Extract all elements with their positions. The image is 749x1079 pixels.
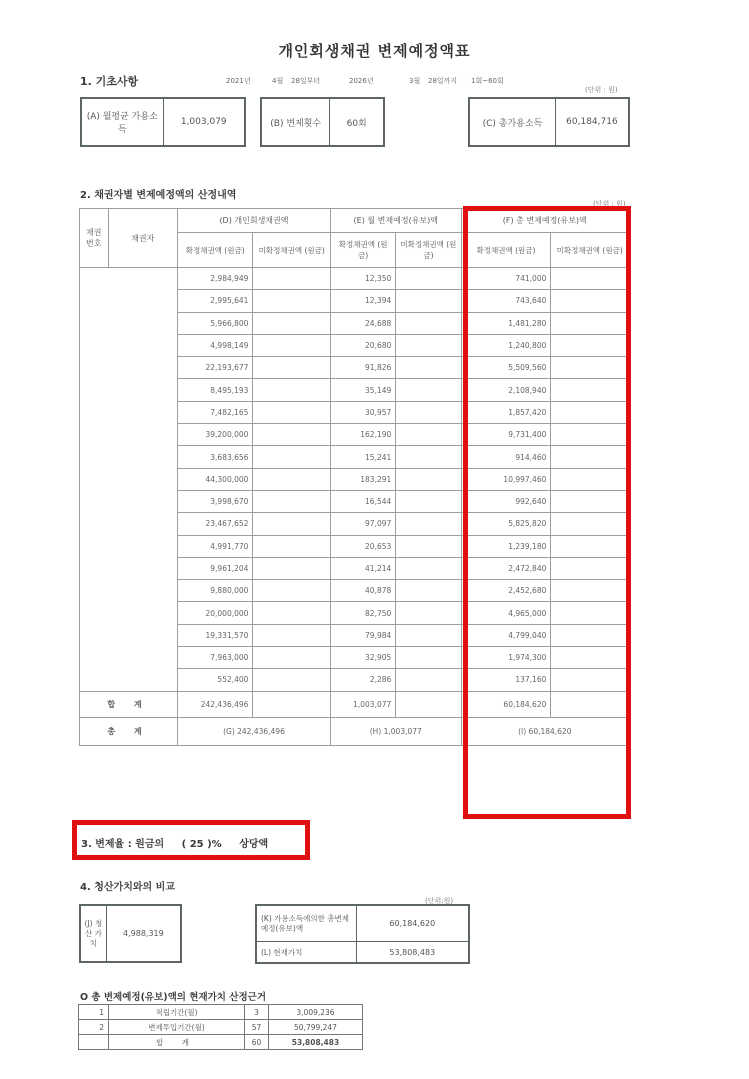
d-confirmed-cell: 39,200,000	[177, 424, 253, 446]
e-confirmed-cell: 91,826	[330, 357, 395, 379]
d-unconfirmed-cell	[253, 446, 331, 468]
d-unconfirmed-cell	[253, 557, 331, 579]
subtotal-d: 242,436,496	[177, 691, 253, 717]
pv-months: 3	[245, 1005, 269, 1020]
e-confirmed-cell: 20,680	[330, 334, 395, 356]
e-unconfirmed-cell	[396, 624, 461, 646]
highlight-column-f	[463, 206, 631, 819]
d-unconfirmed-cell	[253, 268, 331, 290]
d-unconfirmed-cell	[253, 334, 331, 356]
d-confirmed-cell: 4,991,770	[177, 535, 253, 557]
header-e-unconfirmed: 미확정채권액 (원금)	[396, 233, 461, 268]
period-end-year: 2026년	[349, 76, 374, 86]
k-label: (K) 가용소득에의한 총변제예정(유보)액	[256, 905, 356, 942]
subtotal-label: 합 계	[80, 691, 178, 717]
e-confirmed-cell: 162,190	[330, 424, 395, 446]
e-confirmed-cell: 20,653	[330, 535, 395, 557]
e-confirmed-cell: 30,957	[330, 401, 395, 423]
d-confirmed-cell: 23,467,652	[177, 513, 253, 535]
pv-row: 1적립기간(월)33,009,236	[79, 1005, 363, 1020]
d-unconfirmed-cell	[253, 401, 331, 423]
d-unconfirmed-cell	[253, 424, 331, 446]
d-unconfirmed-cell	[253, 513, 331, 535]
d-confirmed-cell: 552,400	[177, 669, 253, 691]
e-confirmed-cell: 183,291	[330, 468, 395, 490]
e-unconfirmed-cell	[396, 268, 461, 290]
d-confirmed-cell: 3,683,656	[177, 446, 253, 468]
e-unconfirmed-cell	[396, 602, 461, 624]
section1-unit: (단위 : 원)	[585, 85, 618, 95]
grand-total-g: (G) 242,436,496	[177, 717, 330, 745]
pv-label: 합 계	[109, 1035, 245, 1050]
comparison-box: (K) 가용소득에의한 총변제예정(유보)액 60,184,620 (L) 현재…	[255, 904, 470, 964]
d-confirmed-cell: 9,961,204	[177, 557, 253, 579]
pv-no	[79, 1035, 109, 1050]
section4-heading: 4. 청산가치와의 비교	[80, 878, 175, 893]
e-unconfirmed-cell	[396, 669, 461, 691]
l-label: (L) 현재가치	[256, 942, 356, 963]
d-unconfirmed-cell	[253, 379, 331, 401]
e-confirmed-cell: 79,984	[330, 624, 395, 646]
d-unconfirmed-cell	[253, 647, 331, 669]
d-confirmed-cell: 9,880,000	[177, 580, 253, 602]
d-unconfirmed-cell	[253, 490, 331, 512]
e-unconfirmed-cell	[396, 490, 461, 512]
d-confirmed-cell: 22,193,677	[177, 357, 253, 379]
e-confirmed-cell: 12,350	[330, 268, 395, 290]
document-title: 개인회생채권 변제예정액표	[0, 40, 749, 61]
pv-no: 1	[79, 1005, 109, 1020]
period-start-month: 4월	[272, 76, 283, 86]
grand-total-h: (H) 1,003,077	[330, 717, 461, 745]
period-end-day: 28일까지	[428, 76, 457, 86]
d-confirmed-cell: 20,000,000	[177, 602, 253, 624]
e-unconfirmed-cell	[396, 357, 461, 379]
header-d-confirmed: 확정채권액 (원금)	[177, 233, 253, 268]
creditor-info-cell	[80, 268, 178, 692]
period-start-year: 2021년	[226, 76, 251, 86]
d-confirmed-cell: 7,482,165	[177, 401, 253, 423]
header-d-unconfirmed: 미확정채권액 (원금)	[253, 233, 331, 268]
total-income-box: (C) 총가용소득 60,184,716	[468, 97, 630, 147]
e-unconfirmed-cell	[396, 379, 461, 401]
e-confirmed-cell: 2,286	[330, 669, 395, 691]
d-unconfirmed-cell	[253, 290, 331, 312]
d-confirmed-cell: 4,998,149	[177, 334, 253, 356]
monthly-income-box: (A) 월평균 가용소득 1,003,079	[80, 97, 246, 147]
e-confirmed-cell: 82,750	[330, 602, 395, 624]
header-creditor-no: 채권 번호	[80, 209, 109, 268]
e-unconfirmed-cell	[396, 290, 461, 312]
pv-value: 3,009,236	[269, 1005, 363, 1020]
e-confirmed-cell: 41,214	[330, 557, 395, 579]
header-group-d: (D) 개인회생채권액	[177, 209, 330, 233]
period-start-day: 28일부터	[291, 76, 320, 86]
monthly-income-value: 1,003,079	[163, 98, 245, 146]
e-unconfirmed-cell	[396, 468, 461, 490]
monthly-income-label: (A) 월평균 가용소득	[81, 98, 163, 146]
d-confirmed-cell: 19,331,570	[177, 624, 253, 646]
e-confirmed-cell: 40,878	[330, 580, 395, 602]
present-value-table: 1적립기간(월)33,009,2362변제투입기간(월)5750,799,247…	[78, 1004, 363, 1050]
d-unconfirmed-cell	[253, 357, 331, 379]
e-confirmed-cell: 16,544	[330, 490, 395, 512]
total-income-value: 60,184,716	[555, 98, 629, 146]
header-group-e: (E) 월 변제예정(유보)액	[330, 209, 461, 233]
d-confirmed-cell: 2,995,641	[177, 290, 253, 312]
header-creditor: 채권자	[108, 209, 177, 268]
e-unconfirmed-cell	[396, 446, 461, 468]
d-confirmed-cell: 5,966,800	[177, 312, 253, 334]
liquidation-label: (J) 청산 가치	[80, 905, 106, 962]
e-confirmed-cell: 97,097	[330, 513, 395, 535]
d-unconfirmed-cell	[253, 624, 331, 646]
e-unconfirmed-cell	[396, 401, 461, 423]
payment-count-value: 60회	[330, 98, 384, 146]
section5-heading: O 총 변제예정(유보)액의 현재가치 산정근거	[80, 989, 266, 1003]
total-income-label: (C) 총가용소득	[469, 98, 555, 146]
d-unconfirmed-cell	[253, 602, 331, 624]
e-unconfirmed-cell	[396, 312, 461, 334]
pv-row: 2변제투입기간(월)5750,799,247	[79, 1020, 363, 1035]
d-unconfirmed-cell	[253, 580, 331, 602]
payment-count-box: (B) 변제횟수 60회	[260, 97, 385, 147]
liquidation-value: 4,988,319	[106, 905, 181, 962]
e-unconfirmed-cell	[396, 334, 461, 356]
d-confirmed-cell: 7,963,000	[177, 647, 253, 669]
highlight-repayment-rate	[72, 820, 310, 860]
e-confirmed-cell: 12,394	[330, 290, 395, 312]
k-value: 60,184,620	[356, 905, 469, 942]
pv-no: 2	[79, 1020, 109, 1035]
pv-label: 변제투입기간(월)	[109, 1020, 245, 1035]
grand-total-label: 총 계	[80, 717, 178, 745]
payment-count-label: (B) 변제횟수	[261, 98, 330, 146]
e-confirmed-cell: 32,905	[330, 647, 395, 669]
e-unconfirmed-cell	[396, 513, 461, 535]
liquidation-value-box: (J) 청산 가치 4,988,319	[79, 904, 182, 963]
period-end-month: 3월	[409, 76, 420, 86]
l-value: 53,808,483	[356, 942, 469, 963]
d-confirmed-cell: 8,495,193	[177, 379, 253, 401]
pv-label: 적립기간(월)	[109, 1005, 245, 1020]
pv-value: 53,808,483	[269, 1035, 363, 1050]
pv-months: 60	[245, 1035, 269, 1050]
d-unconfirmed-cell	[253, 535, 331, 557]
e-unconfirmed-cell	[396, 580, 461, 602]
d-unconfirmed-cell	[253, 312, 331, 334]
e-confirmed-cell: 35,149	[330, 379, 395, 401]
d-confirmed-cell: 2,984,949	[177, 268, 253, 290]
d-unconfirmed-cell	[253, 669, 331, 691]
d-confirmed-cell: 44,300,000	[177, 468, 253, 490]
pv-value: 50,799,247	[269, 1020, 363, 1035]
pv-row: 합 계6053,808,483	[79, 1035, 363, 1050]
e-unconfirmed-cell	[396, 535, 461, 557]
e-confirmed-cell: 15,241	[330, 446, 395, 468]
subtotal-e: 1,003,077	[330, 691, 395, 717]
e-unconfirmed-cell	[396, 424, 461, 446]
d-confirmed-cell: 3,998,670	[177, 490, 253, 512]
section1-heading: 1. 기초사항	[80, 73, 138, 89]
e-unconfirmed-cell	[396, 647, 461, 669]
e-unconfirmed-cell	[396, 557, 461, 579]
header-e-confirmed: 확정채권액 (원금)	[330, 233, 395, 268]
period-installments: 1회~60회	[471, 76, 504, 86]
section2-heading: 2. 채권자별 변제예정액의 산정내역	[80, 186, 236, 201]
d-unconfirmed-cell	[253, 468, 331, 490]
pv-months: 57	[245, 1020, 269, 1035]
e-confirmed-cell: 24,688	[330, 312, 395, 334]
